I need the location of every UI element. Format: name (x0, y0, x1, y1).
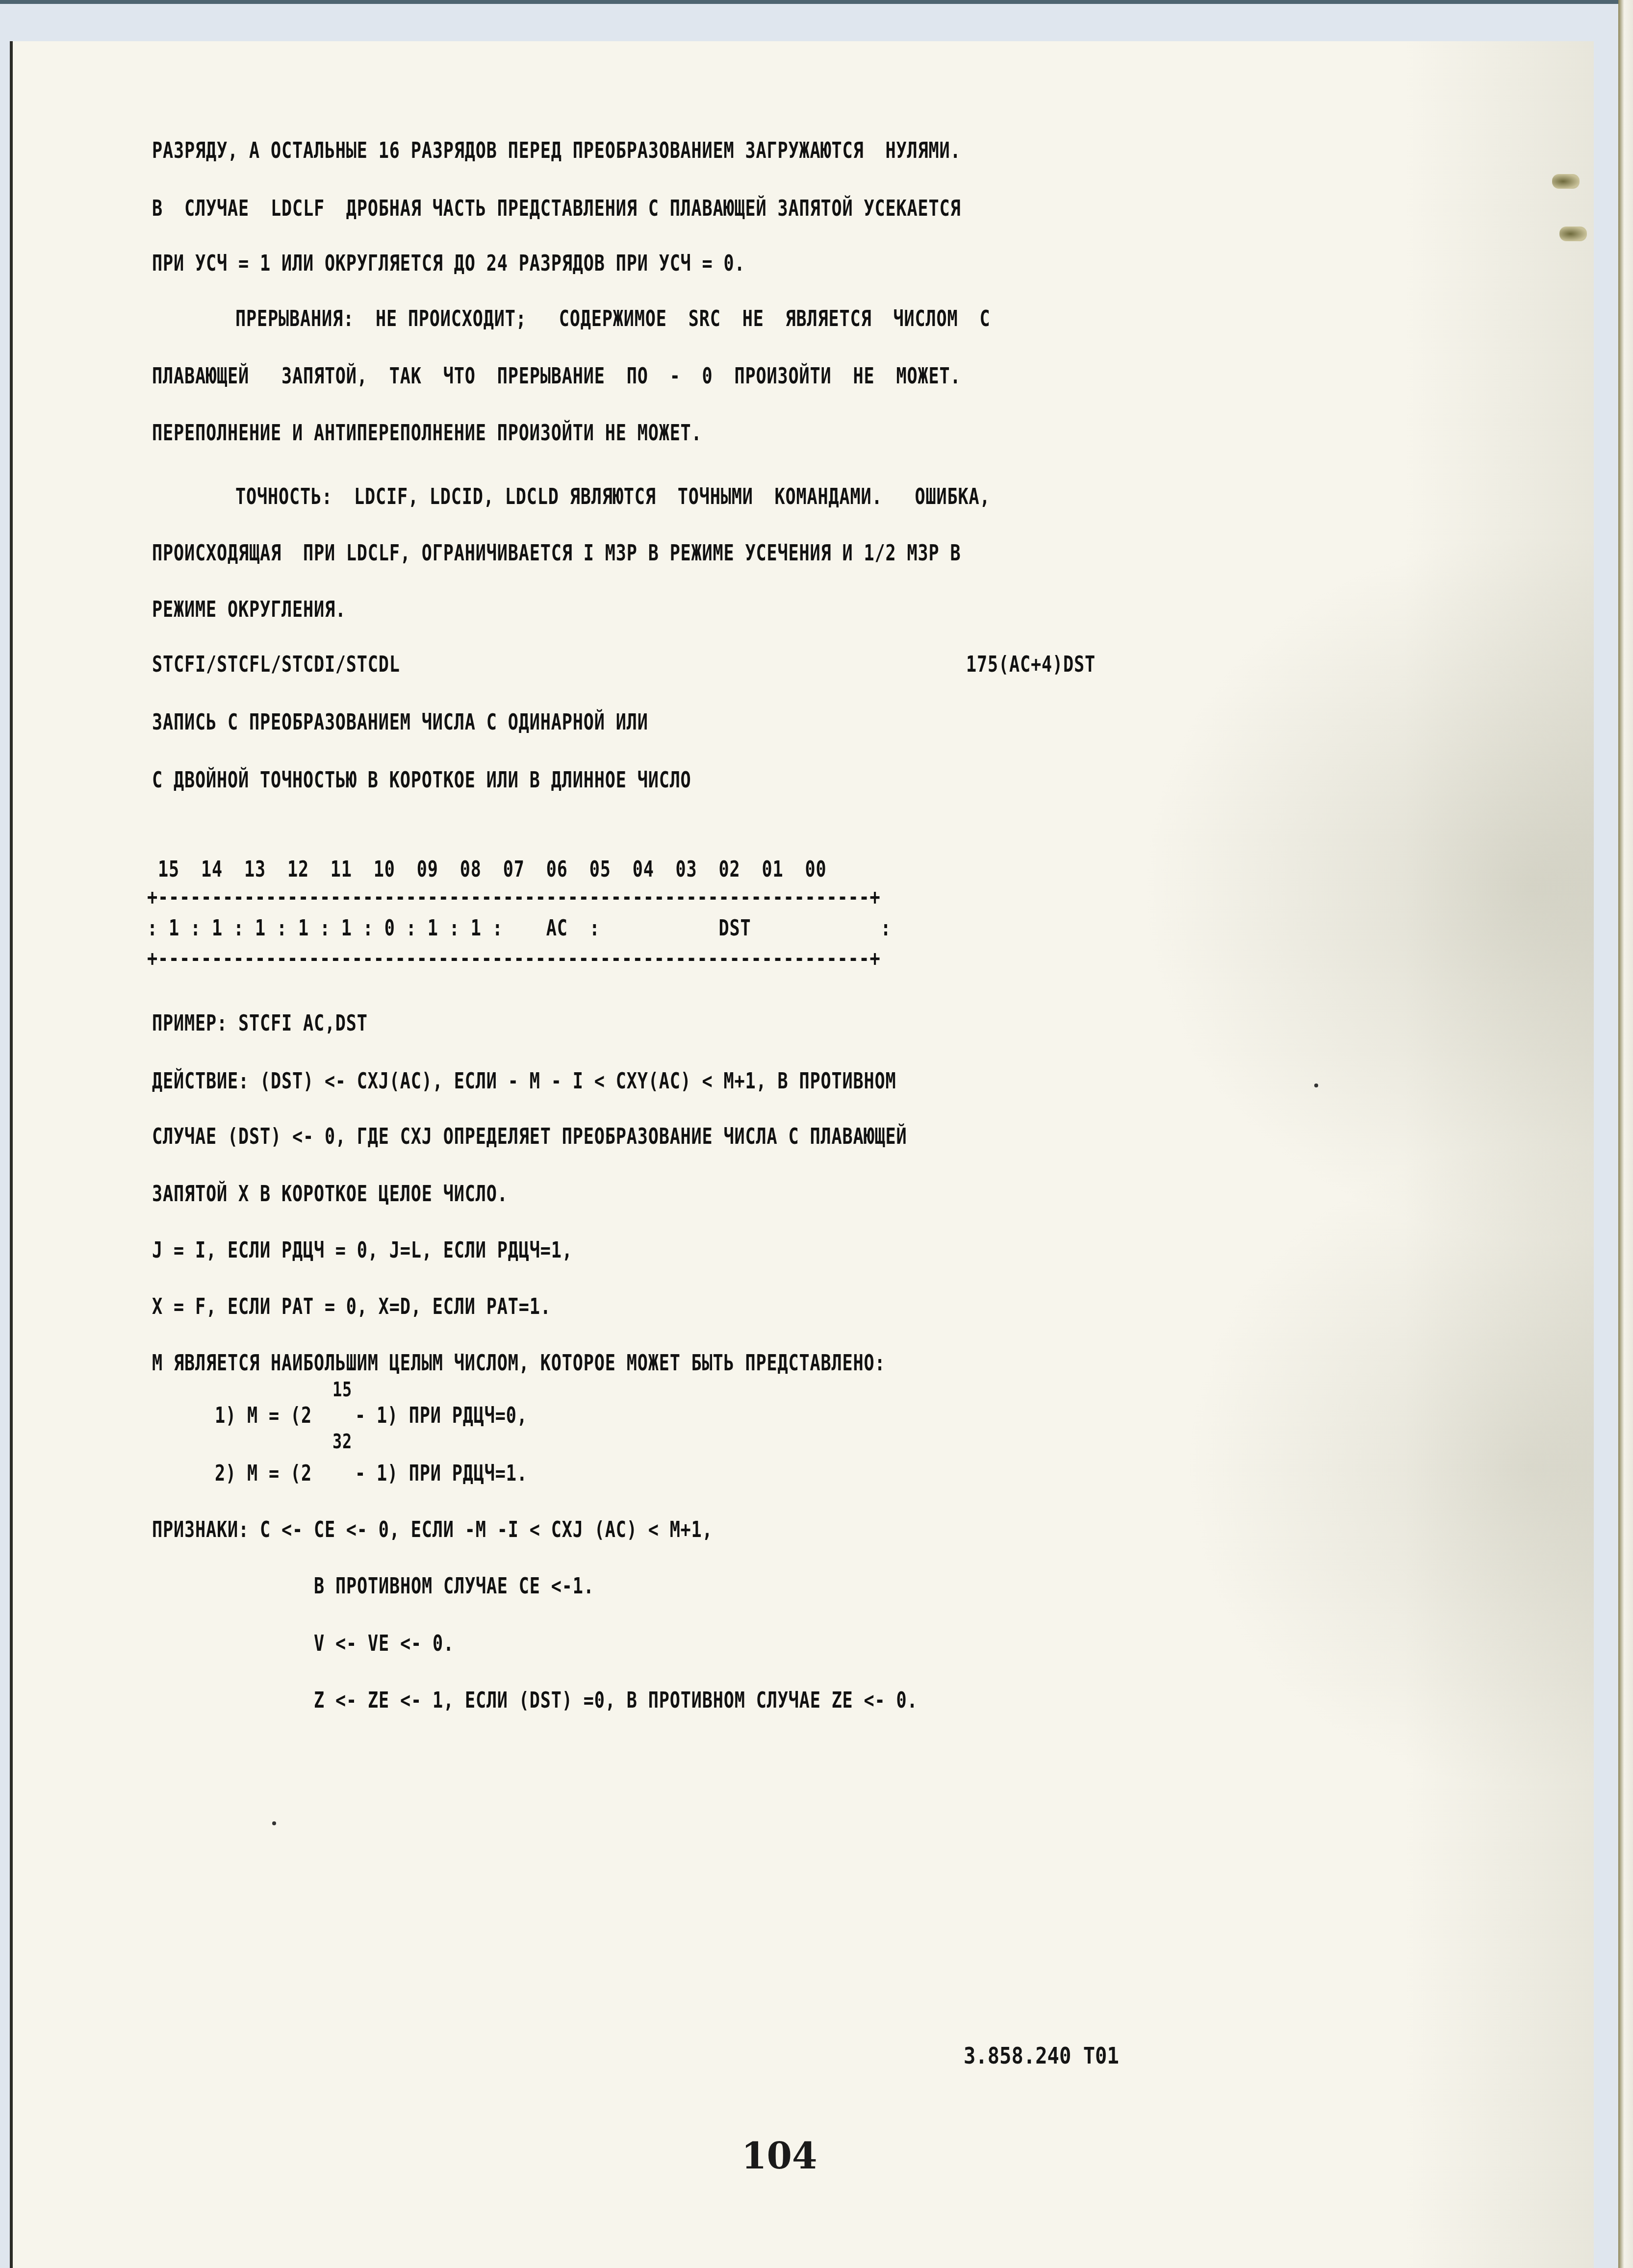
m-case-1: 1) M = (2 - 1) ПРИ РДЦЧ=0, (215, 1403, 528, 1428)
text-line: В СЛУЧАЕ LDCLF ДРОБНАЯ ЧАСТЬ ПРЕДСТАВЛЕН… (152, 196, 961, 221)
m-case-2: 2) M = (2 - 1) ПРИ РДЦЧ=1. (215, 1461, 528, 1486)
flags-line: В ПРОТИВНОМ СЛУЧАЕ CE <-1. (314, 1574, 594, 1599)
binding-hole (1552, 174, 1580, 189)
text-line: ПЛАВАЮЩЕЙ ЗАПЯТОЙ, ТАК ЧТО ПРЕРЫВАНИЕ ПО… (152, 364, 961, 389)
text-line: ПЕРЕПОЛНЕНИЕ И АНТИПЕРЕПОЛНЕНИЕ ПРОИЗОЙТ… (152, 421, 702, 446)
flags-line: ПРИЗНАКИ: C <- CE <- 0, ЕСЛИ -M -I < CXJ… (152, 1517, 713, 1542)
instruction-opcode: 175(AC+4)DST (966, 652, 1096, 677)
binding-hole (1559, 227, 1587, 241)
accuracy-heading-line: ТОЧНОСТЬ: LDCIF, LDCID, LDCLD ЯВЛЯЮТСЯ Т… (235, 484, 990, 509)
document-number: 3.858.240 Т01 (964, 2042, 1119, 2069)
action-line: ДЕЙСТВИЕ: (DST) <- CXJ(AC), ЕСЛИ - M - I… (152, 1069, 896, 1094)
scanner-background-strip (0, 0, 1633, 4)
text-line: ПРИ УСЧ = 1 ИЛИ ОКРУГЛЯЕТСЯ ДО 24 РАЗРЯД… (152, 251, 745, 276)
page-torn-edge (1618, 0, 1633, 2268)
text-line: ПРОИСХОДЯЩАЯ ПРИ LDCLF, ОГРАНИЧИВАЕТСЯ I… (152, 541, 961, 566)
exponent-32: 32 (332, 1431, 352, 1453)
bit-numbers-row: 15 14 13 12 11 10 09 08 07 06 05 04 03 0… (147, 857, 827, 882)
bit-fields-row: : 1 : 1 : 1 : 1 : 1 : 0 : 1 : 1 : AC : D… (147, 916, 891, 941)
m-definition: M ЯВЛЯЕТСЯ НАИБОЛЬШИМ ЦЕЛЫМ ЧИСЛОМ, КОТО… (152, 1351, 885, 1376)
page-number: 104 (741, 2135, 817, 2177)
interrupts-heading-line: ПРЕРЫВАНИЯ: НЕ ПРОИСХОДИТ; СОДЕРЖИМОЕ SR… (235, 306, 990, 331)
x-definition: X = F, ЕСЛИ РАТ = 0, X=D, ЕСЛИ РАТ=1. (152, 1294, 551, 1319)
action-line: СЛУЧАЕ (DST) <- 0, ГДЕ CXJ ОПРЕДЕЛЯЕТ ПР… (152, 1124, 907, 1149)
action-line: ЗАПЯТОЙ X В КОРОТКОЕ ЦЕЛОЕ ЧИСЛО. (152, 1182, 508, 1207)
instruction-description: ЗАПИСЬ С ПРЕОБРАЗОВАНИЕМ ЧИСЛА С ОДИНАРН… (152, 710, 648, 735)
stray-mark (1314, 1084, 1318, 1087)
j-definition: J = I, ЕСЛИ РДЦЧ = 0, J=L, ЕСЛИ РДЦЧ=1, (152, 1238, 573, 1263)
text-line: РАЗРЯДУ, А ОСТАЛЬНЫЕ 16 РАЗРЯДОВ ПЕРЕД П… (152, 138, 961, 163)
bit-diagram-top-border: +---------------------------------------… (147, 885, 880, 910)
exponent-15: 15 (332, 1379, 352, 1401)
flags-line: V <- VE <- 0. (314, 1631, 454, 1656)
example-line: ПРИМЕР: STCFI AC,DST (152, 1011, 368, 1036)
text-line: РЕЖИМЕ ОКРУГЛЕНИЯ. (152, 597, 346, 622)
flags-line: Z <- ZE <- 1, ЕСЛИ (DST) =0, В ПРОТИВНОМ… (314, 1688, 918, 1713)
instruction-description: С ДВОЙНОЙ ТОЧНОСТЬЮ В КОРОТКОЕ ИЛИ В ДЛИ… (152, 768, 691, 793)
instruction-mnemonics: STCFI/STCFL/STCDI/STCDL (152, 652, 400, 677)
bit-diagram-bottom-border: +---------------------------------------… (147, 946, 880, 971)
stray-mark (272, 1821, 276, 1825)
